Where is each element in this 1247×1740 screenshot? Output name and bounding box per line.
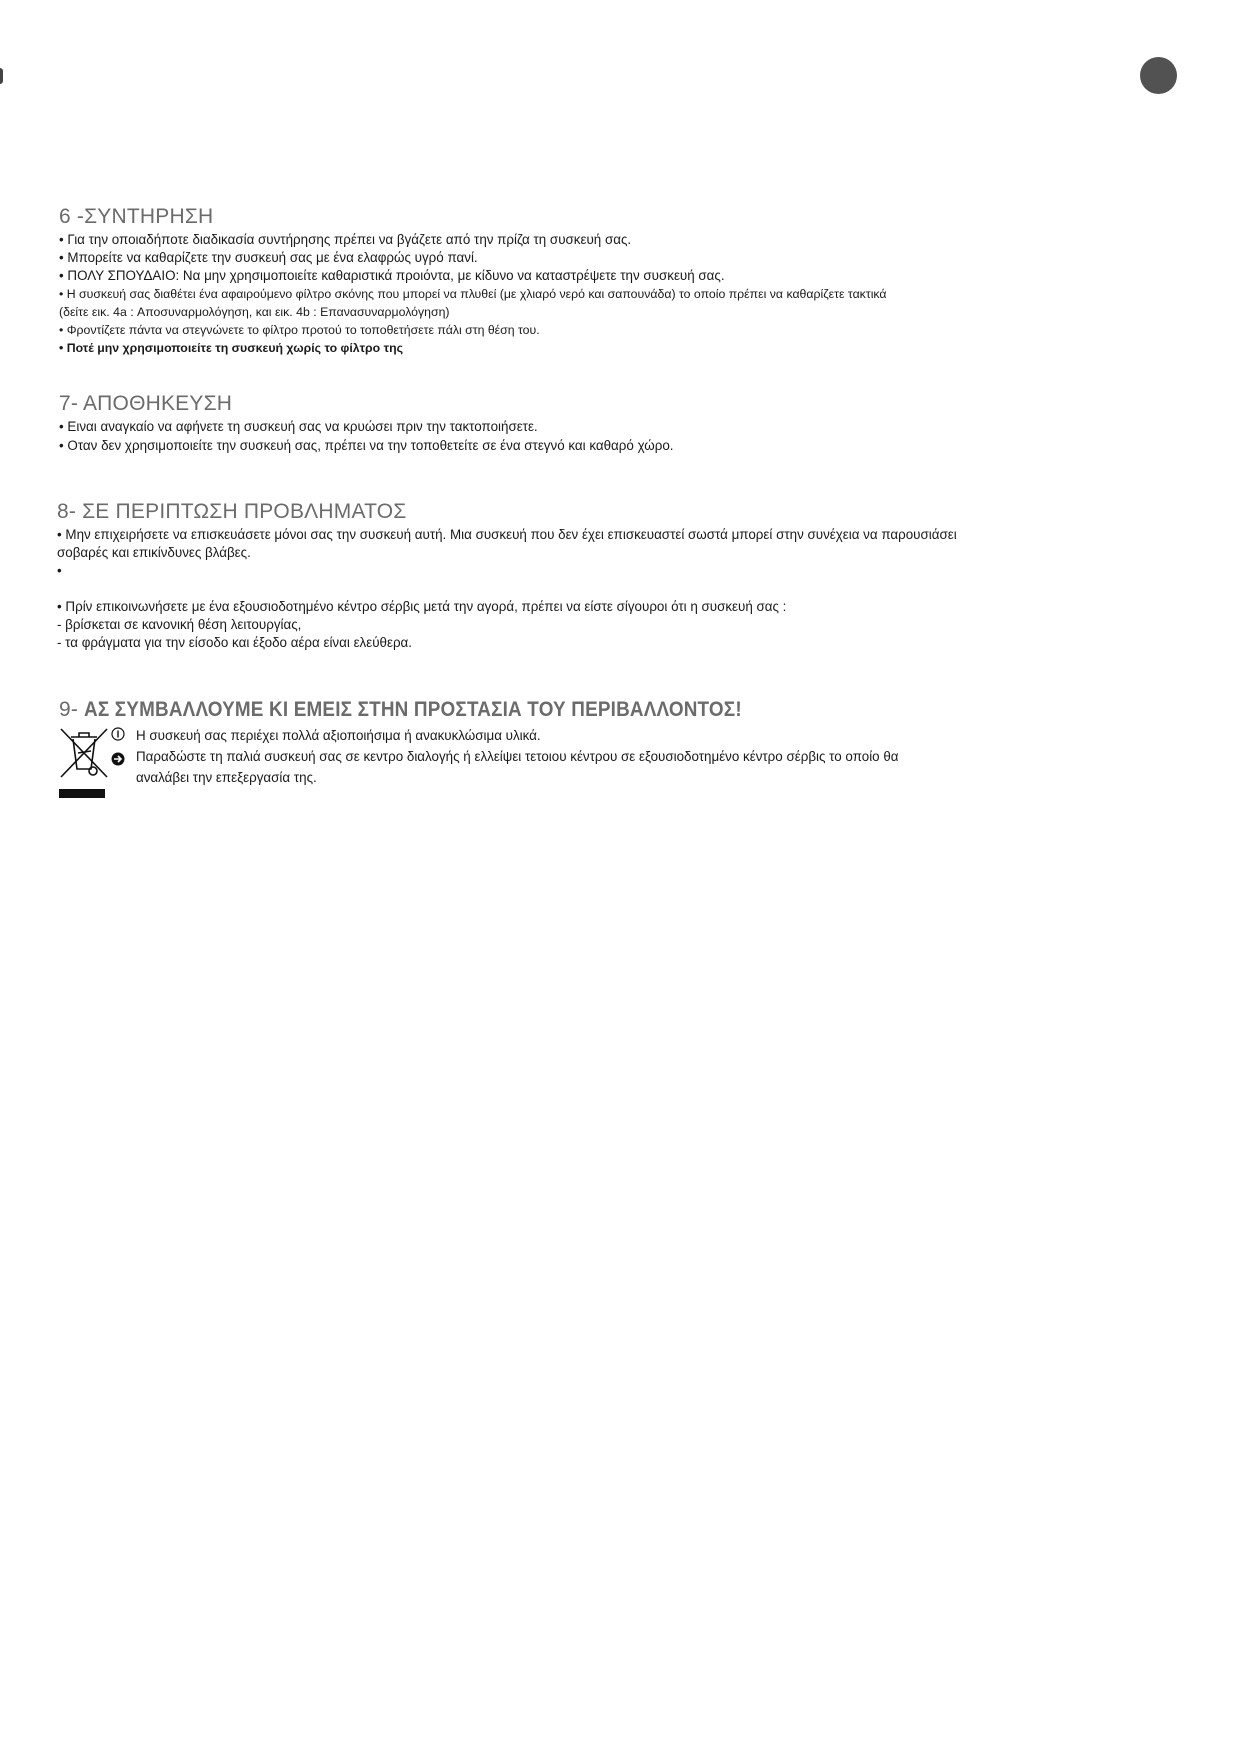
section-heading: 8- ΣΕ ΠΕΡΙΠΤΩΣΗ ΠΡΟΒΛΗΜΑΤΟΣ: [57, 500, 957, 524]
section-title: ΣΥΝΤΗΡΗΣΗ: [84, 205, 213, 228]
paragraph-line: • ΠΟΛΥ ΣΠΟΥΔΑΙΟ: Να μην χρησιμοποιείτε κ…: [59, 267, 887, 285]
section-title: ΑΣ ΣΥΜΒΑΛΛΟΥΜΕ ΚΙ ΕΜΕΙΣ ΣΤΗΝ ΠΡΟΣΤΑΣΙΑ Τ…: [84, 698, 742, 722]
environment-text: Η συσκευή σας περιέχει πολλά αξιοποιήσιμ…: [136, 725, 1086, 788]
paragraph-line: • Μπορείτε να καθαρίζετε την συσκευή σας…: [59, 249, 887, 267]
paragraph-line: σοβαρές και επικίνδυνες βλάβες.: [57, 544, 957, 562]
section-heading: 6 -ΣΥΝΤΗΡΗΣΗ: [59, 205, 887, 229]
section-heading: 7- ΑΠΟΘΗΚΕΥΣΗ: [59, 392, 674, 416]
paragraph-line: • Φροντίζετε πάντα να στεγνώνετε το φίλτ…: [59, 321, 887, 339]
paragraph-line: αναλάβει την επεξεργασία της.: [136, 767, 1086, 788]
paragraph-line: Η συσκευή σας περιέχει πολλά αξιοποιήσιμ…: [136, 725, 1086, 746]
paragraph-line: • Η συσκευή σας διαθέτει ένα αφαιρούμενο…: [59, 285, 887, 303]
paragraph-line: - βρίσκεται σε κανονική θέση λειτουργίας…: [57, 616, 957, 634]
page-marker-dot: [1140, 57, 1177, 94]
section-number: 9-: [59, 698, 78, 721]
page-edge-mark: [0, 68, 3, 84]
info-icon: [111, 727, 125, 741]
section-number: 8-: [57, 500, 76, 523]
section-number: 6 -: [59, 205, 84, 228]
paragraph-line: • Για την οποιαδήποτε διαδικασία συντήρη…: [59, 231, 887, 249]
section-heading: 9- ΑΣ ΣΥΜΒΑΛΛΟΥΜΕ ΚΙ ΕΜΕΙΣ ΣΤΗΝ ΠΡΟΣΤΑΣΙ…: [59, 698, 815, 722]
section-title: ΑΠΟΘΗΚΕΥΣΗ: [83, 392, 232, 415]
paragraph-line: •: [57, 562, 957, 580]
notice-icons: [111, 727, 127, 777]
paragraph-line: • Ειναι αναγκαίο να αφήνετε τη συσκευή σ…: [59, 418, 674, 436]
paragraph-line: - τα φράγματα για την είσοδο και έξοδο α…: [57, 634, 957, 652]
paragraph-line: Παραδώστε τη παλιά συσκευή σας σε κεντρο…: [136, 746, 1086, 767]
arrow-right-icon: [111, 752, 125, 766]
section-maintenance: 6 -ΣΥΝΤΗΡΗΣΗ • Για την οποιαδήποτε διαδι…: [59, 205, 887, 357]
section-troubleshooting: 8- ΣΕ ΠΕΡΙΠΤΩΣΗ ΠΡΟΒΛΗΜΑΤΟΣ • Μην επιχει…: [57, 500, 957, 652]
section-title: ΣΕ ΠΕΡΙΠΤΩΣΗ ΠΡΟΒΛΗΜΑΤΟΣ: [82, 500, 406, 523]
paragraph-line: • Οταν δεν χρησιμοποιείτε την συσκευή σα…: [59, 437, 674, 455]
paragraph-line: (δείτε εικ. 4a : Αποσυναρμολόγηση, και ε…: [59, 303, 887, 321]
paragraph-line: • Ποτέ μην χρησιμοποιείτε τη συσκευή χωρ…: [59, 339, 887, 357]
paragraph-line: • Μην επιχειρήσετε να επισκευάσετε μόνοι…: [57, 526, 957, 544]
section-storage: 7- ΑΠΟΘΗΚΕΥΣΗ • Ειναι αναγκαίο να αφήνετ…: [59, 392, 674, 455]
paragraph-line: • Πρίν επικοινωνήσετε με ένα εξουσιοδοτη…: [57, 598, 957, 616]
separator-bar: [59, 789, 105, 798]
crossed-bin-icon: [59, 727, 109, 779]
section-number: 7-: [59, 392, 78, 415]
section-environment: 9- ΑΣ ΣΥΜΒΑΛΛΟΥΜΕ ΚΙ ΕΜΕΙΣ ΣΤΗΝ ΠΡΟΣΤΑΣΙ…: [59, 698, 815, 724]
